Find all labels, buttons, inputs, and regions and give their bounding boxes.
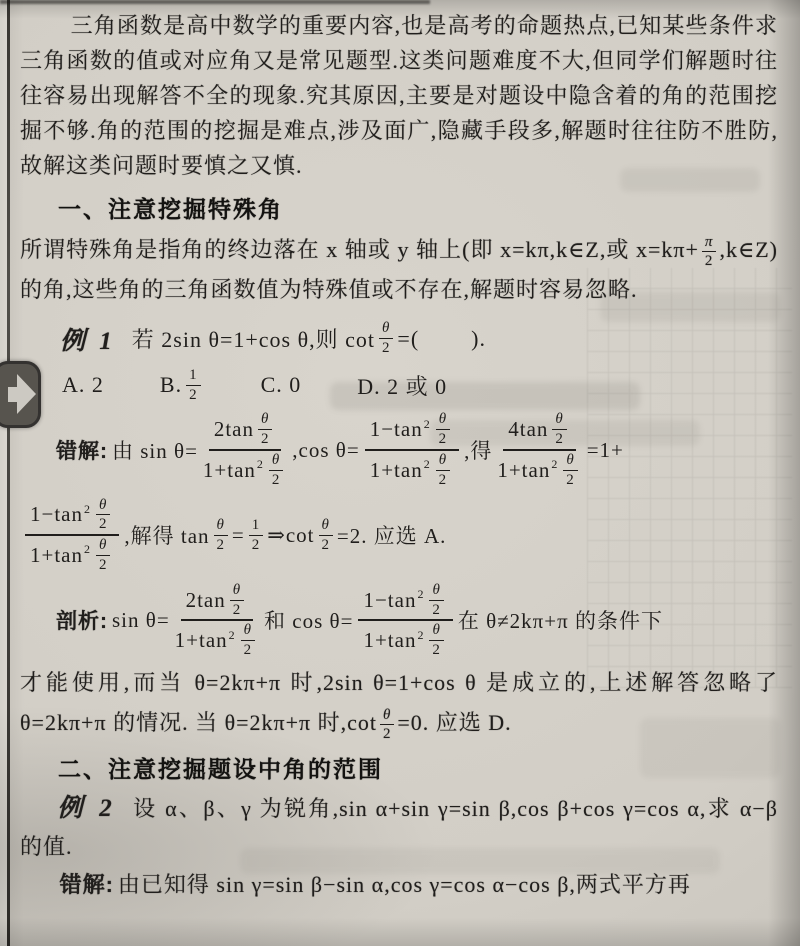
wrong-solution-2-text: 由已知得 sin γ=sin β−sin α,cos γ=cos α−cos β… [118, 872, 691, 897]
math-text: 在 θ≠2kπ+π 的条件下 [458, 605, 663, 635]
fraction-cos-identity: 1−tan2θ2 1+tan2θ2 [358, 582, 452, 659]
wrong-solution-1-line-1: 错解: 由 sin θ= 2tanθ2 1+tan2θ2 ,cos θ= 1−t… [20, 411, 778, 488]
example-2-label: 例 2 [57, 795, 115, 822]
option-d: D. 2 或 0 [357, 370, 447, 401]
math-text: ,解得 tan [124, 520, 209, 550]
math-text: ,cos θ= [292, 438, 359, 463]
fraction-4tan: 4tanθ2 1+tan2θ2 [497, 411, 581, 488]
paragraph-text: 所谓特殊角是指角的终边落在 x 轴或 y 轴上(即 x=kπ,k∈Z,或 x=k… [20, 237, 699, 262]
example-1-label: 例 1 [60, 321, 116, 357]
fraction-one-half: 12 [249, 517, 264, 554]
arrow-head [17, 374, 36, 414]
intro-paragraph: 三角函数是高中数学的重要内容,也是高考的命题热点,已知某些条件求三角函数的值或对… [20, 8, 778, 183]
math-text: 和 cos θ= [264, 605, 353, 635]
math-text: ,得 [464, 435, 492, 465]
fraction-sin-identity: 2tanθ2 1+tan2θ2 [175, 582, 259, 659]
math-text: =1+ [587, 438, 624, 463]
fraction-pi-over-2: π2 [702, 234, 717, 271]
scanned-page: 三角函数是高中数学的重要内容,也是高考的命题热点,已知某些条件求三角函数的值或对… [0, 0, 800, 946]
scan-edge-smudge [0, 0, 430, 4]
example-2-text: 设 α、β、γ 为锐角,sin α+sin γ=sin β,cos β+cos … [20, 796, 778, 859]
fraction-sin-identity: 2tanθ2 1+tan2θ2 [203, 411, 287, 488]
wrong-solution-1-line-2: 1−tan2θ2 1+tan2θ2 ,解得 tan θ2 = 12 ⇒cot θ… [20, 497, 778, 574]
math-text: = [232, 523, 245, 548]
wrong-solution-label: 错解: [60, 872, 114, 897]
arrow-stem [8, 387, 17, 402]
example-1-statement: 例 1 若 2sin θ=1+cos θ,则 cot θ2 =( ). [20, 320, 778, 357]
math-text: =2. 应选 A. [337, 520, 447, 550]
fraction-theta-over-2: θ2 [319, 517, 333, 554]
fraction-theta-over-2: θ2 [380, 707, 394, 744]
fraction-one-half: 12 [186, 367, 201, 404]
option-b: B. 12 [160, 367, 205, 404]
section-2-heading: 二、注意挖掘题设中角的范围 [20, 751, 778, 784]
example-1-options: A. 2 B. 12 C. 0 D. 2 或 0 [20, 367, 778, 404]
analysis-label: 剖析: [56, 605, 108, 635]
special-angle-paragraph: 所谓特殊角是指角的终边落在 x 轴或 y 轴上(即 x=kπ,k∈Z,或 x=k… [20, 230, 778, 310]
wrong-solution-label: 错解: [56, 435, 108, 465]
option-c: C. 0 [261, 372, 302, 398]
analysis-1-line: 剖析: sin θ= 2tanθ2 1+tan2θ2 和 cos θ= 1−ta… [20, 582, 778, 659]
page-edge-strip [0, 0, 7, 946]
example-1-text: 若 2sin θ=1+cos θ,则 cot [132, 323, 375, 354]
fraction-theta-over-2: θ2 [214, 517, 228, 554]
fraction-cos-identity: 1−tan2θ2 1+tan2θ2 [25, 497, 119, 574]
fraction-cos-identity: 1−tan2θ2 1+tan2θ2 [365, 411, 459, 488]
wrong-solution-2: 错解:由已知得 sin γ=sin β−sin α,cos γ=cos α−co… [20, 868, 778, 902]
page-margin-rule [7, 0, 10, 946]
analysis-1-paragraph: 才能使用,而当 θ=2kπ+π 时,2sin θ=1+cos θ 是成立的,上述… [20, 663, 778, 743]
paragraph-text: =0. 应选 D. [397, 710, 511, 735]
section-1-heading: 一、注意挖掘特殊角 [20, 191, 778, 224]
answer-blank: =( ). [397, 326, 486, 352]
page-content: 三角函数是高中数学的重要内容,也是高考的命题热点,已知某些条件求三角函数的值或对… [20, 8, 778, 902]
example-2-statement: 例 2设 α、β、γ 为锐角,sin α+sin γ=sin β,cos β+c… [20, 790, 778, 866]
math-text: sin θ= [112, 608, 170, 633]
math-text: ⇒cot [267, 523, 314, 548]
math-text: 由 sin θ= [112, 435, 198, 465]
bookmark-arrow-icon [0, 361, 41, 428]
fraction-theta-over-2: θ2 [379, 320, 393, 357]
option-a: A. 2 [62, 372, 104, 398]
